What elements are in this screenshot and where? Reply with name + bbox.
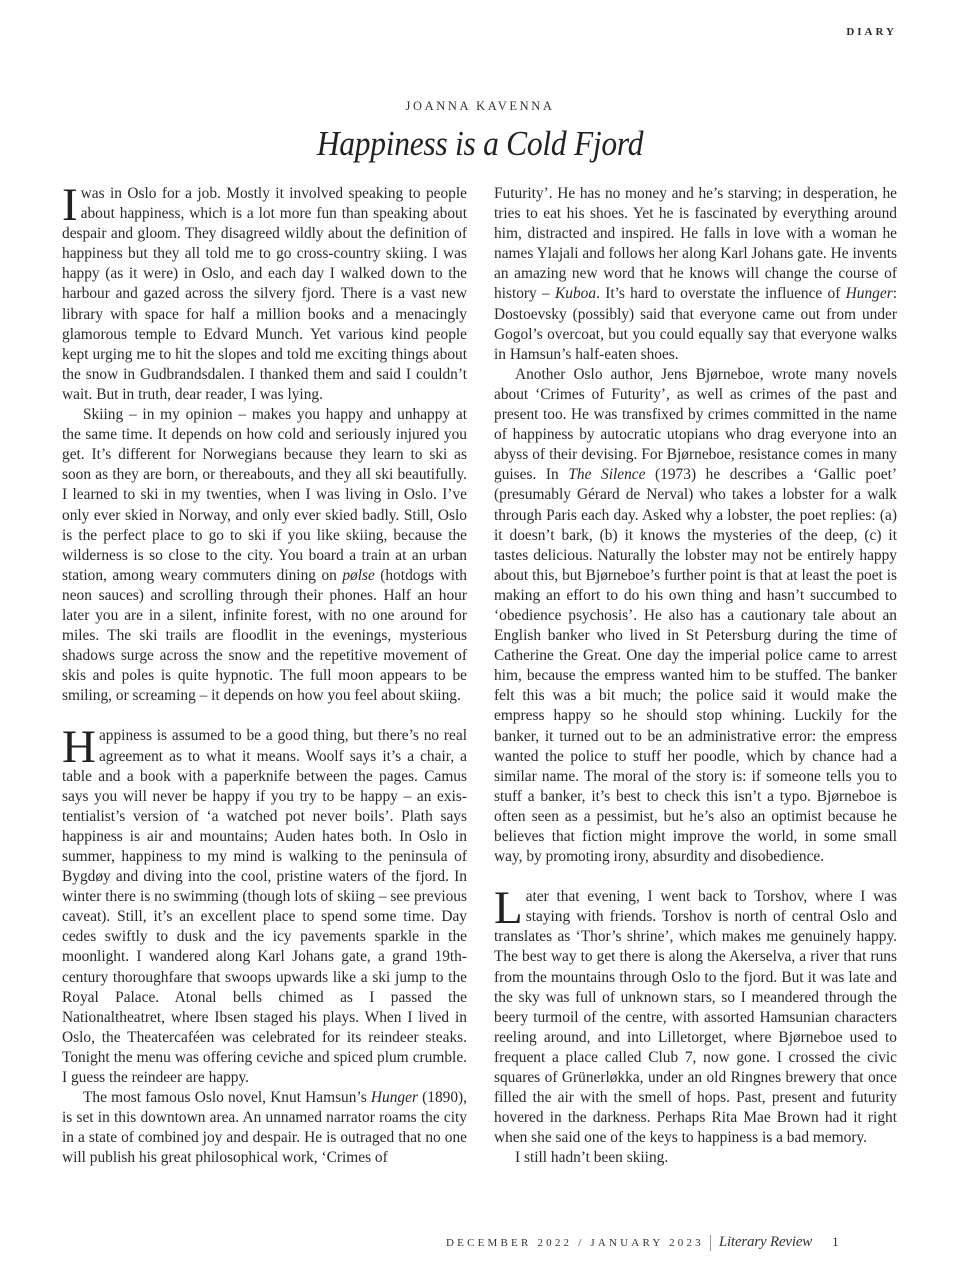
paragraph-text: I still hadn’t been skiing. [515,1149,668,1166]
italic-book-title: Hunger [371,1089,418,1106]
drop-cap: L [494,887,523,926]
paragraph: Skiing – in my opinion – makes you happy… [62,405,467,706]
paragraph: Iwas in Oslo for a job. Mostly it involv… [62,184,467,405]
paragraph-text: (1973) he describes a ‘Gallic poet’ (pre… [494,466,897,865]
paragraph: Futurity’. He has no money and he’s star… [494,184,897,365]
drop-cap: I [62,184,78,223]
paragraph: Another Oslo author, Jens Bjørneboe, wro… [494,365,897,867]
page-footer: DECEMBER 2022 / JANUARY 2023Literary Rev… [446,1234,840,1251]
footer-divider [710,1235,711,1251]
issue-date: DECEMBER 2022 / JANUARY 2023 [446,1237,704,1249]
paragraph-text: was in Oslo for a job. Mostly it involve… [62,185,467,403]
paragraph-text: Skiing – in my opinion – makes you happy… [62,406,467,584]
author-byline: JOANNA KAVENNA [0,99,960,114]
drop-cap: H [62,726,96,765]
paragraph-text: (hotdogs with neon sauces) and scrolling… [62,567,467,705]
right-column: Futurity’. He has no money and he’s star… [494,184,897,1169]
paragraph: I still hadn’t been skiing. [494,1148,897,1168]
paragraph-text: The most famous Oslo novel, Knut Hamsun’… [83,1089,371,1106]
paragraph-text: appiness is assumed to be a good thing, … [62,727,467,1086]
italic-book-title: The Silence [568,466,645,483]
paragraph-text: ater that evening, I went back to Torsho… [494,888,897,1146]
left-column: Iwas in Oslo for a job. Mostly it involv… [62,184,467,1169]
paragraph: Happiness is assumed to be a good thing,… [62,726,467,1088]
article-title: Happiness is a Cold Fjord [48,124,912,164]
section-label: DIARY [846,26,897,38]
magazine-name: Literary Review [719,1234,812,1250]
italic-book-title: Hunger [846,285,893,302]
italic-term: Kuboa [555,285,596,302]
paragraph: The most famous Oslo novel, Knut Hamsun’… [62,1088,467,1168]
italic-term: pølse [342,567,375,584]
paragraph-text: . It’s hard to overstate the influence o… [596,285,846,302]
paragraph: Later that evening, I went back to Torsh… [494,887,897,1148]
page-number: 1 [832,1234,840,1249]
